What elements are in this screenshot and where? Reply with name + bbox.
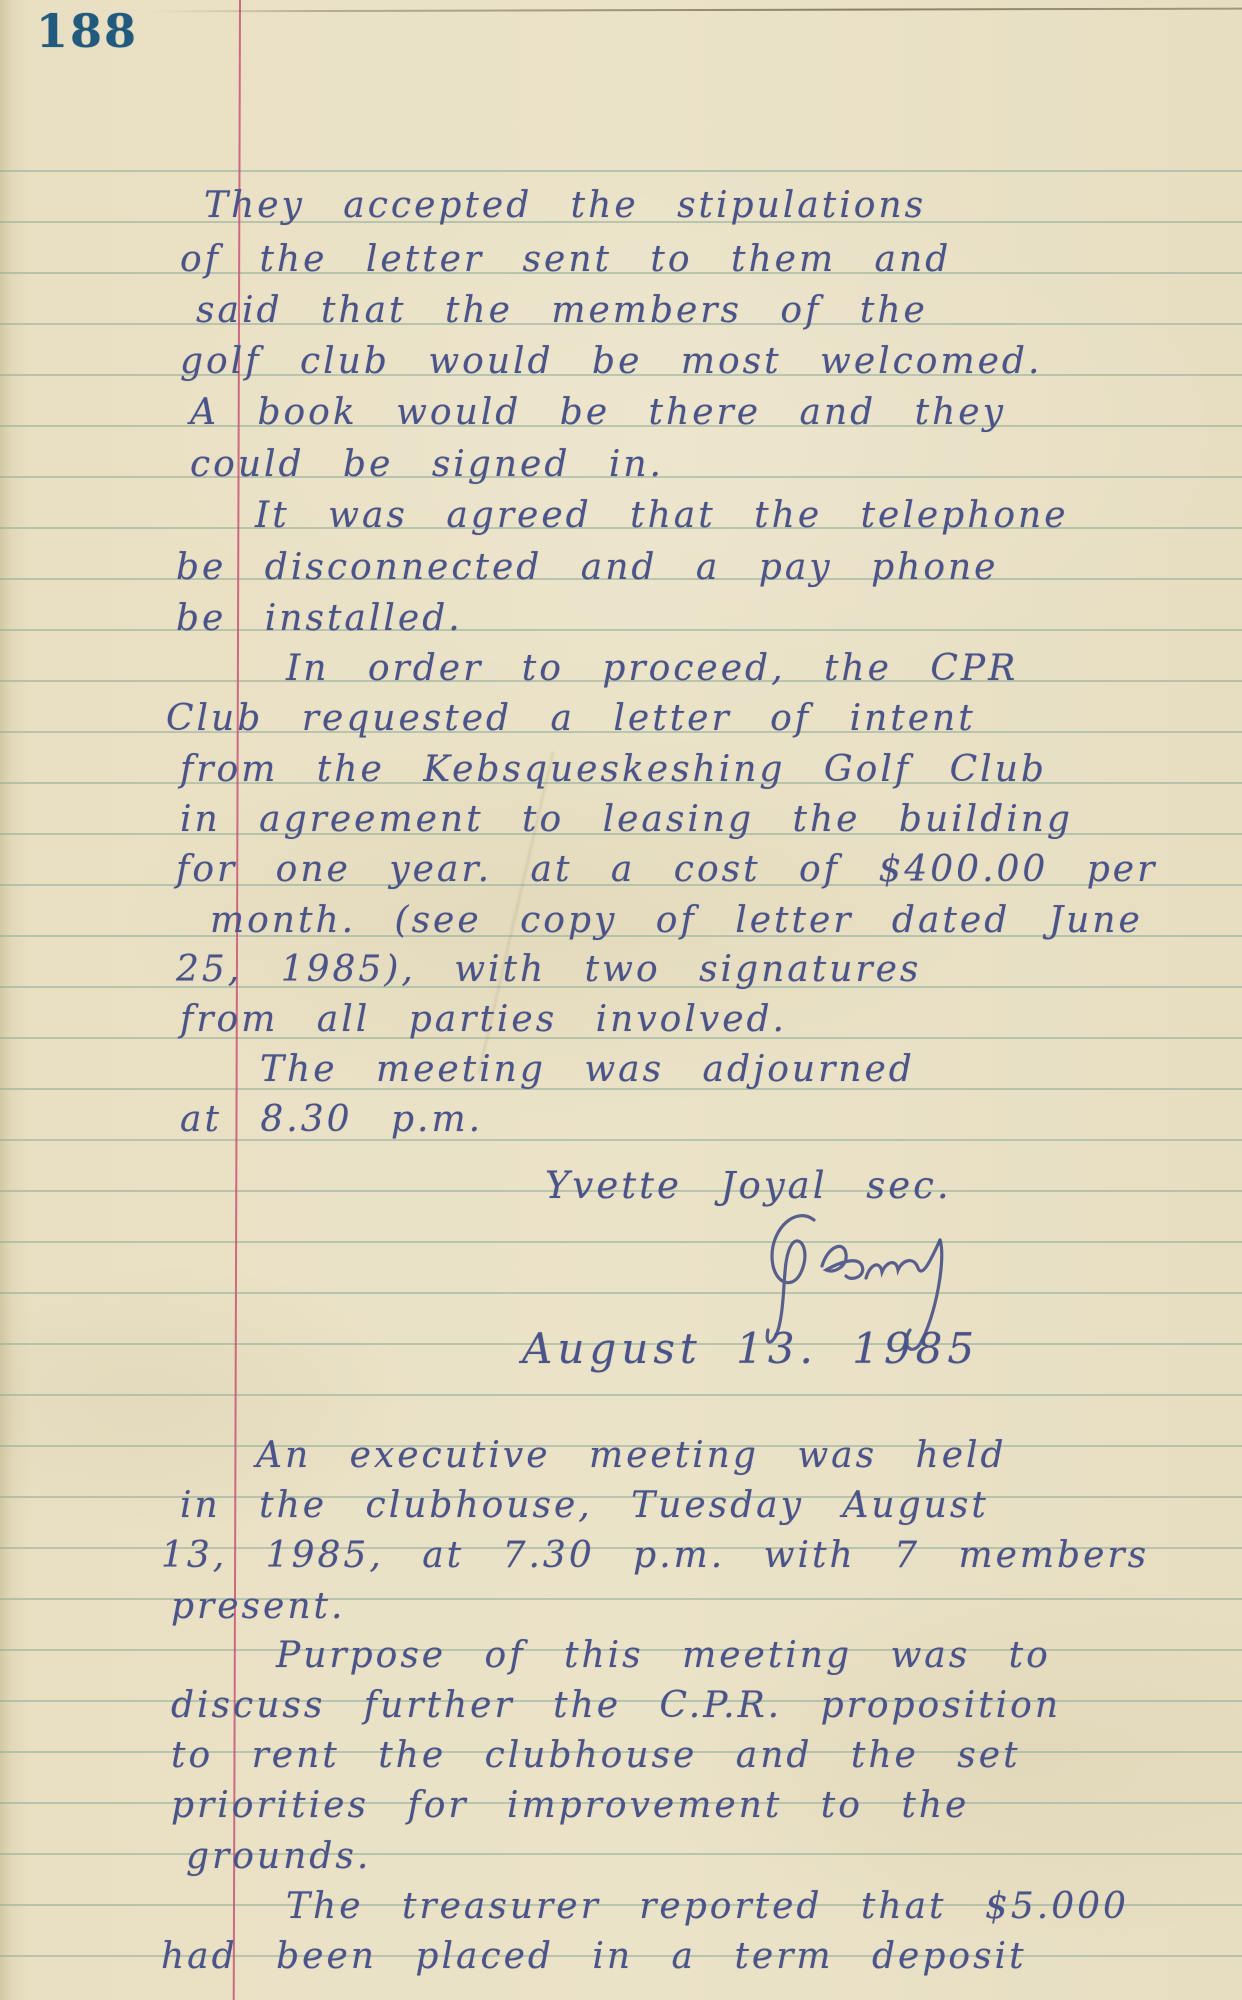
- handwritten-line: It was agreed that the telephone: [255, 496, 1069, 536]
- handwritten-line: present.: [171, 1587, 345, 1627]
- date-heading: August 13. 1985: [522, 1326, 979, 1372]
- handwritten-line: The treasurer reported that $5.000: [286, 1887, 1129, 1927]
- handwritten-line: Club requested a letter of intent: [166, 699, 976, 739]
- handwritten-line: be disconnected and a pay phone: [176, 548, 999, 588]
- handwritten-line: The meeting was adjourned: [260, 1050, 915, 1090]
- handwritten-line: be installed.: [176, 599, 463, 639]
- handwritten-line: Purpose of this meeting was to: [276, 1636, 1051, 1676]
- handwritten-line: at 8.30 p.m.: [180, 1100, 483, 1140]
- page-top-edge-shadow: [150, 8, 1242, 13]
- handwritten-line: had been placed in a term deposit: [161, 1937, 1027, 1977]
- handwritten-line: of the letter sent to them and: [180, 240, 951, 280]
- notebook-page: 188 They accepted the stipulations of th…: [0, 0, 1242, 2000]
- handwritten-line: priorities for improvement to the: [171, 1786, 969, 1826]
- handwritten-line: from the Kebsqueskeshing Golf Club: [180, 750, 1047, 790]
- handwritten-line: 25, 1985), with two signatures: [176, 950, 921, 990]
- handwritten-line: said that the members of the: [196, 291, 928, 331]
- handwritten-line: A book would be there and they: [190, 393, 1006, 433]
- page-number: 188: [36, 8, 138, 54]
- handwritten-line: in the clubhouse, Tuesday August: [180, 1486, 989, 1526]
- handwritten-line: 13, 1985, at 7.30 p.m. with 7 members: [161, 1536, 1149, 1576]
- handwritten-line: grounds.: [186, 1837, 371, 1877]
- handwritten-line: for one year. at a cost of $400.00 per: [176, 850, 1157, 890]
- handwritten-line: to rent the clubhouse and the set: [171, 1736, 1021, 1776]
- handwritten-line: golf club would be most welcomed.: [180, 342, 1042, 382]
- handwritten-line: could be signed in.: [190, 445, 664, 485]
- handwritten-line: In order to proceed, the CPR: [286, 649, 1018, 689]
- handwritten-line: in agreement to leasing the building: [180, 800, 1073, 840]
- handwritten-line: They accepted the stipulations: [204, 186, 926, 226]
- handwritten-line: month. (see copy of letter dated June: [210, 901, 1143, 941]
- handwritten-line: from all parties involved.: [180, 1000, 787, 1040]
- handwritten-line: discuss further the C.P.R. proposition: [171, 1686, 1061, 1726]
- handwritten-line: An executive meeting was held: [256, 1436, 1007, 1476]
